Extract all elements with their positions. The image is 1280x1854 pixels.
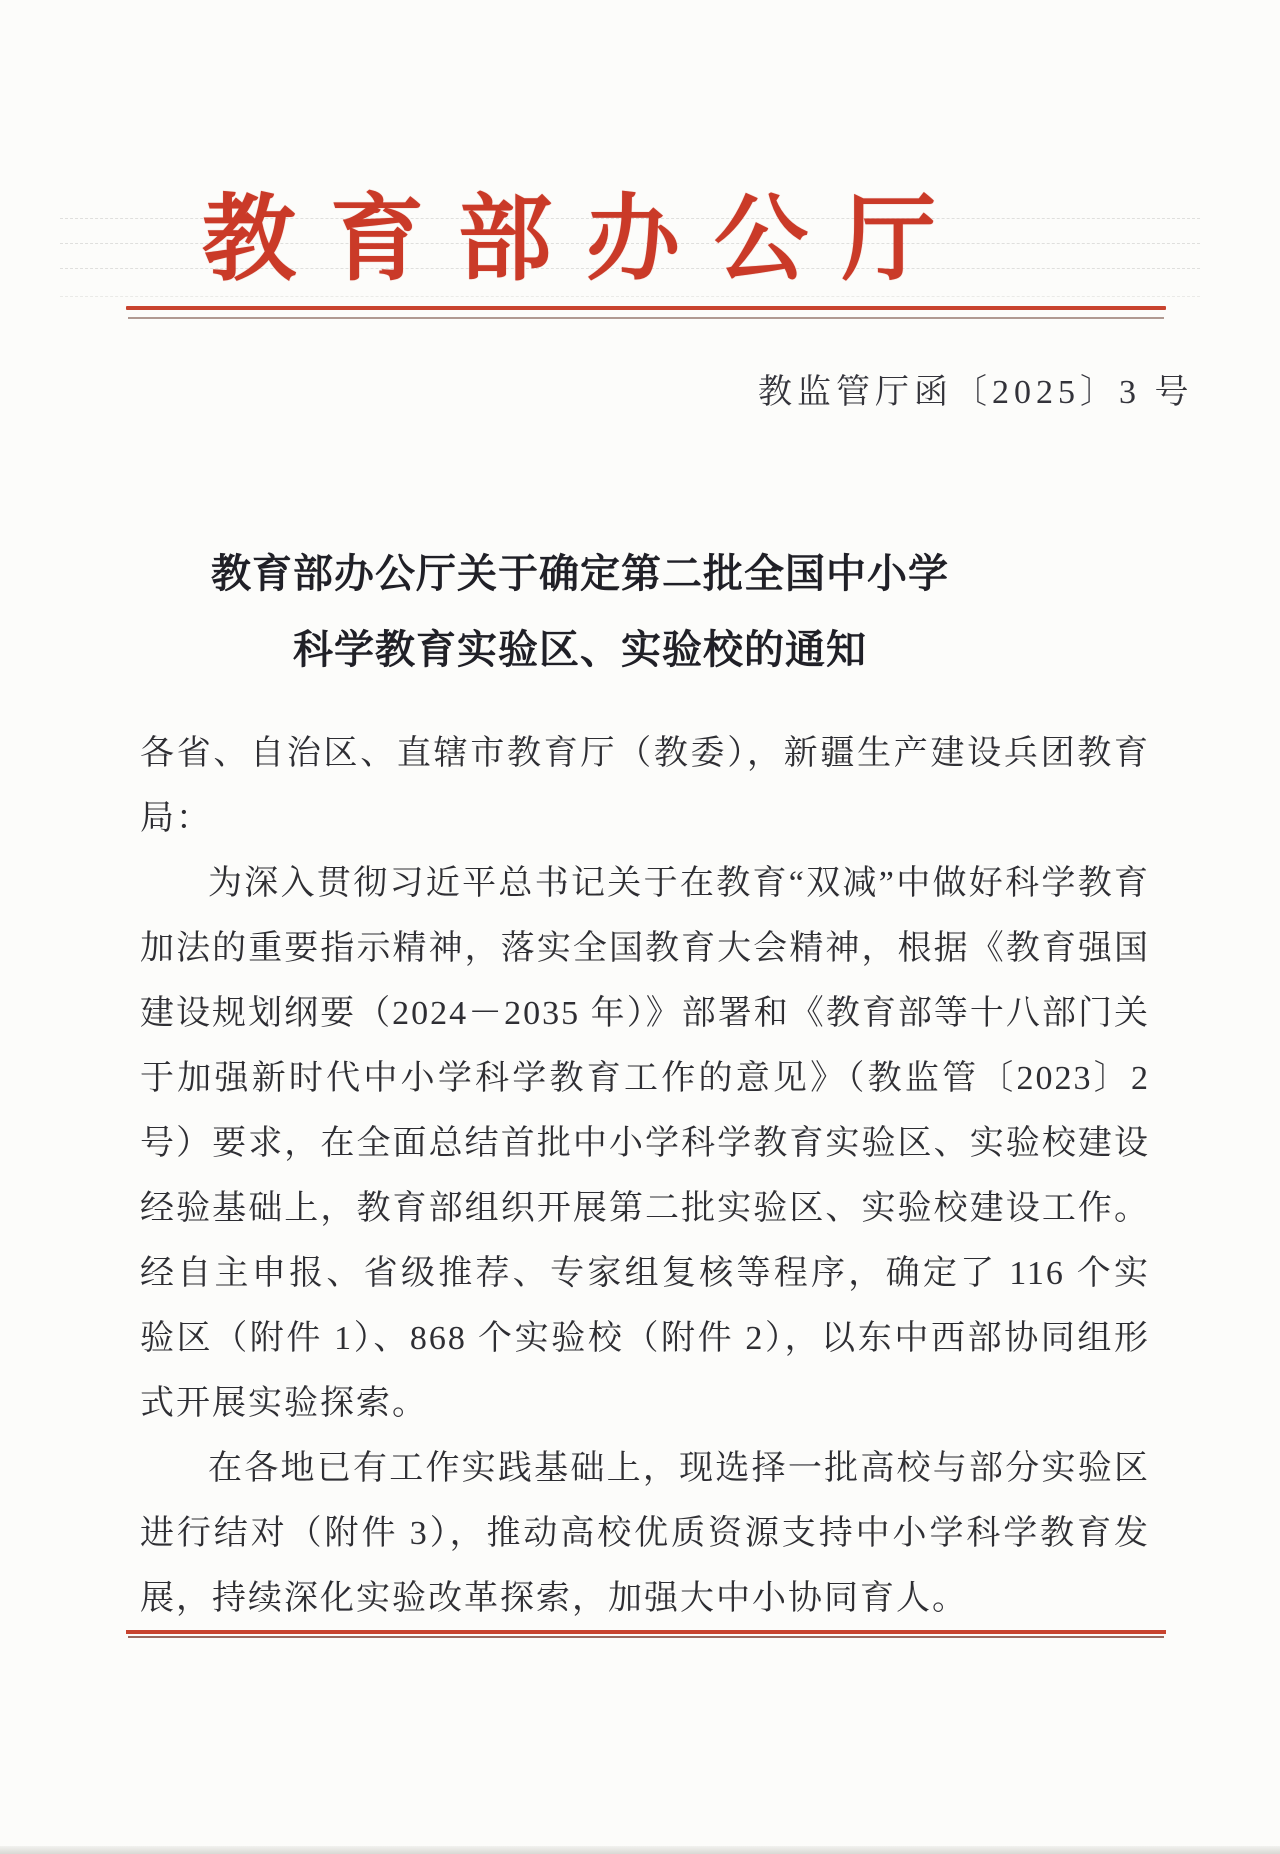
document-title: 教育部办公厅关于确定第二批全国中小学 科学教育实验区、实验校的通知 [140,536,1020,688]
document-title-line1: 教育部办公厅关于确定第二批全国中小学 [140,536,1020,612]
document-number: 教监管厅函〔2025〕3 号 [758,364,1194,413]
body-paragraph-1: 为深入贯彻习近平总书记关于在教育“双减”中做好科学教育加法的重要指示精神，落实全… [140,851,1150,1436]
scan-artifact-line [60,296,1200,298]
document-page: 教育部办公厅 教监管厅函〔2025〕3 号 教育部办公厅关于确定第二批全国中小学… [0,0,1280,1854]
document-title-line2: 科学教育实验区、实验校的通知 [140,612,1020,688]
salutation: 各省、自治区、直辖市教育厅（教委），新疆生产建设兵团教育局： [140,721,1150,851]
body-paragraph-2: 在各地已有工作实践基础上，现选择一批高校与部分实验区进行结对（附件 3），推动高… [140,1436,1150,1631]
letterhead-rule-shadow [128,317,1164,319]
letterhead-rule [126,306,1166,310]
footer-rule [126,1630,1166,1634]
letterhead-title: 教育部办公厅 [202,190,962,290]
document-body: 各省、自治区、直辖市教育厅（教委），新疆生产建设兵团教育局： 为深入贯彻习近平总… [140,721,1150,1631]
footer-rule-shadow [128,1636,1164,1638]
scan-page-edge [0,1846,1280,1854]
